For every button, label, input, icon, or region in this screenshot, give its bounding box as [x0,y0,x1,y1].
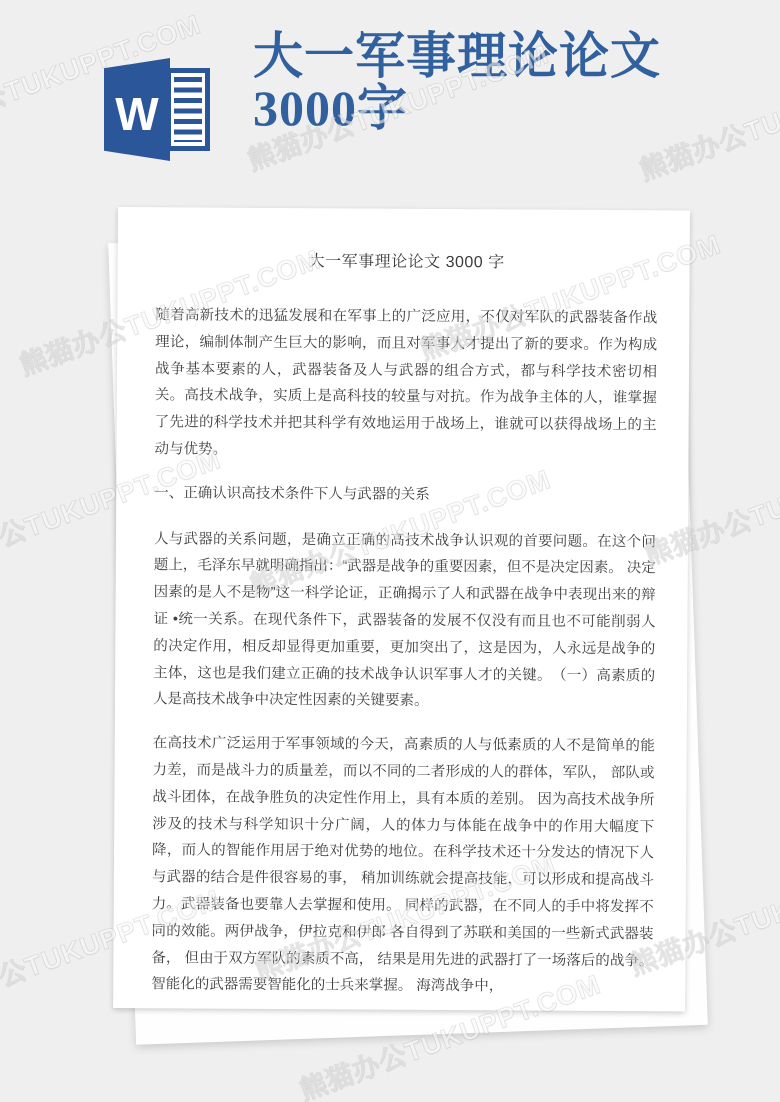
preview-canvas: W 大一军事理论论文 3000字 大一军事理论论文 3000 字 随着高新技术的… [0,0,780,1102]
document-title: 大一军事理论论文 3000 字 [156,247,658,273]
intro-paragraph: 随着高新技术的迅猛发展和在军事上的广泛应用，不仅对军队的武器装备作战理论，编制体… [154,302,657,466]
word-icon-cover: W [104,58,170,161]
section-heading: 一、正确认识高技术条件下人与武器的关系 [154,480,656,510]
word-icon-document [166,68,210,151]
paragraph-3: 在高技术广泛运用于军事领域的今天，高素质的人与低素质的人不是简单的能力差，而是战… [151,730,655,1001]
page-title-line-1: 大一军事理论论文 [253,30,723,82]
word-icon-letter: W [115,91,158,137]
page-title: 大一军事理论论文 3000字 [253,30,723,134]
document-page: 大一军事理论论文 3000 字 随着高新技术的迅猛发展和在军事上的广泛应用，不仅… [113,207,690,1011]
word-icon-document-lines [174,77,202,142]
paragraph-2: 人与武器的关系问题，是确立正确的高技术战争认识观的首要问题。在这个问题上，毛泽东… [153,526,656,717]
word-icon: W [104,58,210,161]
page-title-line-2: 3000字 [253,82,723,134]
